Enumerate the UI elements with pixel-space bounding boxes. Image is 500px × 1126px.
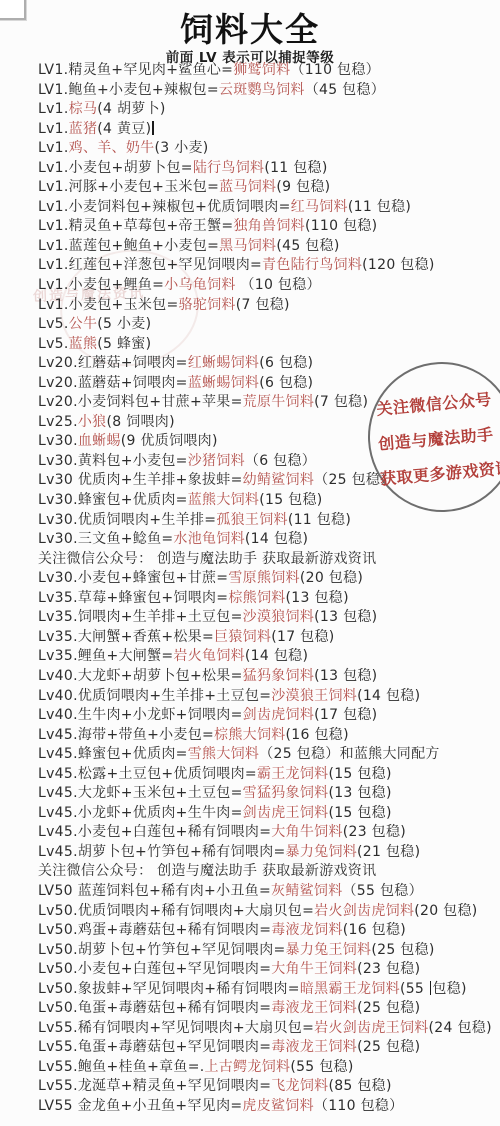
line-text: (16 包稳) [286, 727, 349, 743]
feed-name-highlight: 狮鹫饲料 [233, 62, 290, 78]
recipe-line: Lv50.象拔蚌+罕见饲喂肉+稀有饲喂肉=暗黑霸王龙饲料(55 包稳) [38, 980, 500, 1000]
line-text: （55 包稳） [343, 883, 423, 899]
line-text: (23 包稳) [343, 824, 406, 840]
line-text: （25 包稳）和蓝熊大同配方 [259, 746, 439, 762]
line-text: Lv25. [38, 414, 78, 430]
feed-name-highlight: 蓝马饲料 [219, 179, 276, 195]
feed-name-highlight: 大角牛王饲料 [271, 961, 357, 977]
feed-name-highlight: 小乌龟饲料 [164, 277, 236, 293]
feed-name-highlight: 沙漠狼饲料 [243, 609, 315, 625]
line-text: Lv30.三文鱼+鲶鱼= [38, 531, 173, 547]
line-text: （10 包稳） [236, 277, 321, 293]
line-text: (110 包稳) [305, 218, 378, 234]
recipe-line: Lv1.河豚+小麦包+玉米包=蓝马饲料(9 包稳) [38, 178, 500, 198]
recipe-list: LV1.精灵鱼+罕见肉+鲨鱼心=狮鹫饲料（110 包稳）LV1.鲍鱼+小麦包+辣… [38, 61, 500, 1117]
line-text: Lv40.大龙虾+胡萝卜包+松果= [38, 668, 243, 684]
recipe-line: Lv40.优质饲喂肉+生羊排+土豆包=沙漠狼王饲料(14 包稳) [38, 687, 500, 707]
line-text: (6 包稳) [259, 355, 313, 371]
line-text: 包稳) [432, 981, 466, 997]
line-text: Lv55.鲍鱼+桂鱼+章鱼=. [38, 1059, 205, 1075]
line-text: （45 包稳） [305, 82, 385, 98]
recipe-line: Lv45.小麦包+白莲包+稀有饲喂肉=大角牛饲料(23 包稳) [38, 823, 500, 843]
feed-name-highlight: 小狼 [78, 414, 107, 430]
line-text: Lv30.优质饲喂肉+生羊排= [38, 512, 216, 528]
feed-name-highlight: 毒液龙王饲料 [271, 1000, 357, 1016]
feed-name-highlight: 蓝熊大饲料 [188, 492, 260, 508]
line-text: Lv30.小麦包+蜂蜜包+甘蔗= [38, 570, 228, 586]
line-text: (5 蜂蜜) [97, 336, 151, 352]
line-text: Lv1.小麦包+胡萝卜包= [38, 160, 193, 176]
line-text: Lv55.稀有饲喂肉+罕见饲喂肉+大扇贝包= [38, 1020, 314, 1036]
recipe-line: Lv1.小麦包+玉米包=骆驼饲料(7 包稳) [38, 296, 500, 316]
recipe-line: Lv50.优质饲喂肉+稀有饲喂肉+大扇贝包=岩火剑齿虎饲料(20 包稳) [38, 902, 500, 922]
recipe-line: Lv50.鸡蛋+毒蘑菇包+稀有饲喂肉=毒液龙饲料(16 包稳) [38, 921, 500, 941]
recipe-line: Lv5.公牛(5 小麦) [38, 315, 500, 335]
recipe-line: Lv55.鲍鱼+桂鱼+章鱼=.上古鳄龙饲料(55 包稳) [38, 1058, 500, 1078]
line-text: LV1.鲍鱼+小麦包+辣椒包= [38, 82, 219, 98]
line-text: Lv50.龟蛋+毒蘑菇包+稀有饲喂肉= [38, 1000, 271, 1016]
line-text: (7 包稳) [236, 297, 290, 313]
feed-name-highlight: 沙漠狼王饲料 [271, 688, 357, 704]
feed-name-highlight: 血蜥蜴 [78, 433, 121, 449]
recipe-line: LV50 蓝莲饲料包+稀有肉+小丑鱼=灰鲭鲨饲料（55 包稳） [38, 882, 500, 902]
line-text: (21 包稳) [357, 844, 420, 860]
recipe-line: Lv1.蓝莲包+鲍鱼+小麦包=黑马饲料(45 包稳) [38, 237, 500, 257]
feed-name-highlight: 棕熊饲料 [228, 590, 285, 606]
recipe-line: Lv1.精灵鱼+草莓包+帝王蟹=独角兽饲料(110 包稳) [38, 217, 500, 237]
line-text: (8 饲喂肉) [106, 414, 174, 430]
line-text: Lv50.优质饲喂肉+稀有饲喂肉+大扇贝包= [38, 903, 314, 919]
line-text: Lv1.小麦包+玉米包= [38, 297, 179, 313]
recipe-line: Lv1.小麦包+胡萝卜包=陆行鸟饲料(11 包稳) [38, 159, 500, 179]
line-text: (25 包稳) [357, 1039, 420, 1055]
line-text: Lv35.鲤鱼+大闸蟹= [38, 648, 173, 664]
line-text: (9 优质饲喂肉) [121, 433, 218, 449]
line-text: (4 胡萝卜) [97, 101, 165, 117]
feed-name-highlight: 幼鲭鲨饲料 [243, 472, 315, 488]
recipe-line: Lv1.小麦饲料包+辣椒包+优质饲喂肉=红马饲料(11 包稳) [38, 198, 500, 218]
line-text: Lv45.松露+土豆包+优质饲喂肉= [38, 766, 257, 782]
feed-name-highlight: 蓝蜥蜴饲料 [188, 375, 260, 391]
recipe-line: Lv45.松露+土豆包+优质饲喂肉=霸王龙饲料(15 包稳) [38, 765, 500, 785]
line-text: Lv45.胡萝卜包+竹笋包+稀有饲喂肉= [38, 844, 286, 860]
recipe-line: Lv50.胡萝卜包+竹笋包+罕见饲喂肉=暴力兔王饲料(25 包稳) [38, 941, 500, 961]
feed-name-highlight: 陆行鸟饲料 [193, 160, 265, 176]
feed-name-highlight: 毒液龙王饲料 [271, 1039, 357, 1055]
line-text: (25 包稳) [357, 1000, 420, 1016]
feed-name-highlight: 岩火龟饲料 [173, 648, 245, 664]
line-text: Lv1. [38, 101, 69, 117]
line-text: 关注微信公众号： 创造与魔法助手 获取最新游戏资讯 [38, 551, 376, 567]
line-text: Lv20.蓝蘑菇+饲喂肉= [38, 375, 188, 391]
feed-name-highlight: 云斑鹦鸟饲料 [219, 82, 305, 98]
feed-name-highlight: 毒液龙饲料 [271, 922, 343, 938]
recipe-line: Lv50.小麦包+白莲包+罕见饲喂肉=大角牛王饲料(23 包稳) [38, 960, 500, 980]
feed-name-highlight: 岩火剑齿虎王饲料 [314, 1020, 428, 1036]
recipe-line: Lv35.鲤鱼+大闸蟹=岩火龟饲料(14 包稳) [38, 647, 500, 667]
line-text: Lv35.大闸蟹+香蕉+松果= [38, 629, 214, 645]
line-text: (13 包稳) [314, 668, 377, 684]
feed-name-highlight: 青色陆行鸟饲料 [262, 257, 362, 273]
recipe-line: Lv55.龟蛋+毒蘑菇包+罕见饲喂肉=毒液龙王饲料(25 包稳) [38, 1038, 500, 1058]
feed-name-highlight: 蓝猪 [69, 121, 98, 137]
line-text: LV50 蓝莲饲料包+稀有肉+小丑鱼= [38, 883, 271, 899]
line-text: Lv1.小麦包+鲤鱼= [38, 277, 164, 293]
feed-name-highlight: 猛犸象饲料 [243, 668, 315, 684]
feed-name-highlight: 沙猪饲料 [188, 453, 245, 469]
line-text: Lv55.龙涎草+精灵鱼+罕见饲喂肉= [38, 1078, 271, 1094]
feed-name-highlight: 水池龟饲料 [173, 531, 245, 547]
line-text: (24 包稳) [429, 1020, 492, 1036]
line-text: (13 包稳) [328, 785, 391, 801]
feed-name-highlight: 鸡、羊、奶牛 [69, 140, 155, 156]
line-text: (55 [400, 981, 429, 997]
line-text: Lv1.蓝莲包+鲍鱼+小麦包= [38, 238, 219, 254]
feed-name-highlight: 棕马 [69, 101, 98, 117]
line-text: (23 包稳) [357, 961, 420, 977]
recipe-line: Lv45.蜂蜜包+优质肉=雪熊大饲料（25 包稳）和蓝熊大同配方 [38, 745, 500, 765]
line-text: Lv5. [38, 336, 69, 352]
line-text: Lv50.胡萝卜包+竹笋包+罕见饲喂肉= [38, 942, 286, 958]
line-text: (25 包稳) [371, 942, 434, 958]
line-text: (5 小麦) [97, 316, 151, 332]
line-text: Lv35.草莓+蜂蜜包+饲喂肉= [38, 590, 228, 606]
feed-name-highlight: 剑齿虎饲料 [243, 707, 315, 723]
feed-name-highlight: 飞龙饲料 [271, 1078, 328, 1094]
line-text: (120 包稳) [362, 257, 435, 273]
line-text: (11 包稳) [264, 160, 327, 176]
recipe-line: Lv35.饲喂肉+生羊排+土豆包=沙漠狼饲料(13 包稳) [38, 608, 500, 628]
line-text: Lv35.饲喂肉+生羊排+土豆包= [38, 609, 243, 625]
line-text: (15 包稳) [328, 766, 391, 782]
line-text: (45 包稳) [276, 238, 339, 254]
line-text: Lv45.蜂蜜包+优质肉= [38, 746, 188, 762]
line-text: Lv1.小麦饲料包+辣椒包+优质饲喂肉= [38, 199, 291, 215]
line-text: (11 包稳) [348, 199, 411, 215]
line-text: Lv5. [38, 316, 69, 332]
line-text: (17 包稳) [314, 707, 377, 723]
recipe-line: Lv30.小麦包+蜂蜜包+甘蔗=雪原熊饲料(20 包稳) [38, 569, 500, 589]
line-text: (15 包稳) [328, 805, 391, 821]
recipe-line: LV1.鲍鱼+小麦包+辣椒包=云斑鹦鸟饲料（45 包稳） [38, 81, 500, 101]
feed-name-highlight: 剑齿虎王饲料 [243, 805, 329, 821]
line-text: Lv40.优质饲喂肉+生羊排+土豆包= [38, 688, 271, 704]
recipe-line: Lv1.红莲包+洋葱包+罕见饲喂肉=青色陆行鸟饲料(120 包稳) [38, 256, 500, 276]
feed-name-highlight: 上古鳄龙饲料 [205, 1059, 291, 1075]
line-text: Lv20.小麦饲料包+甘蔗+苹果= [38, 394, 243, 410]
feed-name-highlight: 灰鲭鲨饲料 [271, 883, 343, 899]
recipe-line: Lv40.大龙虾+胡萝卜包+松果=猛犸象饲料(13 包稳) [38, 667, 500, 687]
line-text: Lv50.象拔蚌+罕见饲喂肉+稀有饲喂肉= [38, 981, 300, 997]
feed-name-highlight: 雪原熊饲料 [228, 570, 300, 586]
line-text: (13 包稳) [314, 609, 377, 625]
line-text: Lv50.小麦包+白莲包+罕见饲喂肉= [38, 961, 271, 977]
stamp-line-1: 关注微信公众号 [375, 384, 500, 419]
line-text: (14 包稳) [245, 531, 308, 547]
recipe-line: Lv1.鸡、羊、奶牛(3 小麦) [38, 139, 500, 159]
feed-name-highlight: 黑马饲料 [219, 238, 276, 254]
feed-name-highlight: 蓝熊 [69, 336, 98, 352]
line-text: Lv1. [38, 140, 69, 156]
line-text: 关注微信公众号： 创造与魔法助手 获取最新游戏资讯 [38, 863, 376, 879]
recipe-line: Lv35.大闸蟹+香蕉+松果=巨猿饲料(17 包稳) [38, 628, 500, 648]
line-text: Lv30. [38, 433, 78, 449]
line-text: Lv45.小龙虾+优质肉+生牛肉= [38, 805, 243, 821]
feed-name-highlight: 暗黑霸王龙饲料 [300, 981, 400, 997]
line-text: (9 包稳) [276, 179, 330, 195]
line-text: (13 包稳) [286, 590, 349, 606]
feed-name-highlight: 暴力兔王饲料 [286, 942, 372, 958]
recipe-line: Lv50.龟蛋+毒蘑菇包+稀有饲喂肉=毒液龙王饲料(25 包稳) [38, 999, 500, 1019]
stamp-line-3: 获取更多游戏资讯 [379, 454, 500, 489]
recipe-line: Lv45.海带+带鱼+小麦包=棕熊大饲料(16 包稳) [38, 726, 500, 746]
feed-name-highlight: 大角牛饲料 [271, 824, 343, 840]
recipe-line: Lv40.生牛肉+小龙虾+饲喂肉=剑齿虎饲料(17 包稳) [38, 706, 500, 726]
recipe-line: Lv45.胡萝卜包+竹笋包+稀有饲喂肉=暴力兔饲料(21 包稳) [38, 843, 500, 863]
feed-name-highlight: 棕熊大饲料 [214, 727, 286, 743]
page-title: 饲料大全 [0, 4, 500, 51]
line-text: Lv45.小麦包+白莲包+稀有饲喂肉= [38, 824, 271, 840]
recipe-line: Lv35.草莓+蜂蜜包+饲喂肉=棕熊饲料(13 包稳) [38, 589, 500, 609]
line-text: (3 小麦) [154, 140, 208, 156]
recipe-line: Lv1.棕马(4 胡萝卜) [38, 100, 500, 120]
line-text: (20 包稳) [414, 903, 477, 919]
recipe-line: Lv55.龙涎草+精灵鱼+罕见饲喂肉=飞龙饲料(85 包稳) [38, 1077, 500, 1097]
line-text: Lv50.鸡蛋+毒蘑菇包+稀有饲喂肉= [38, 922, 271, 938]
line-text: (6 包稳) [259, 375, 313, 391]
feed-name-highlight: 独角兽饲料 [233, 218, 305, 234]
line-text: Lv40.生牛肉+小龙虾+饲喂肉= [38, 707, 243, 723]
line-text: Lv1. [38, 121, 69, 137]
line-text: (14 包稳) [245, 648, 308, 664]
line-text: LV55 金龙鱼+小丑鱼+罕见肉= [38, 1098, 242, 1114]
stamp-line-2: 创造与魔法助手 [377, 419, 500, 454]
line-text: Lv45.大龙虾+玉米包+土豆包= [38, 785, 243, 801]
line-text: (11 包稳) [288, 512, 351, 528]
feed-name-highlight: 雪熊大饲料 [188, 746, 260, 762]
line-text: (15 包稳) [259, 492, 322, 508]
line-text: (20 包稳) [300, 570, 363, 586]
feed-name-highlight: 红马饲料 [291, 199, 348, 215]
recipe-line: Lv1.小麦包+鲤鱼=小乌龟饲料 （10 包稳） [38, 276, 500, 296]
recipe-line: LV55 金龙鱼+小丑鱼+罕见肉=虎皮鲨饲料（110 包稳） [38, 1097, 500, 1117]
line-text: Lv30.蜂蜜包+优质肉= [38, 492, 188, 508]
recipe-line: Lv45.小龙虾+优质肉+生牛肉=剑齿虎王饲料(15 包稳) [38, 804, 500, 824]
line-text: Lv20.红蘑菇+饲喂肉= [38, 355, 188, 371]
line-text: Lv55.龟蛋+毒蘑菇包+罕见饲喂肉= [38, 1039, 271, 1055]
line-text: (7 包稳) [314, 394, 368, 410]
line-text: (17 包稳) [271, 629, 334, 645]
line-text: Lv30.黄料包+小麦包= [38, 453, 188, 469]
line-text: Lv1.河豚+小麦包+玉米包= [38, 179, 219, 195]
recipe-line: Lv30.优质饲喂肉+生羊排=孤狼王饲料(11 包稳) [38, 511, 500, 531]
recipe-line: Lv30.三文鱼+鲶鱼=水池龟饲料(14 包稳) [38, 530, 500, 550]
line-text: (14 包稳) [357, 688, 420, 704]
text-cursor [152, 121, 154, 135]
recipe-line: Lv45.大龙虾+玉米包+土豆包=雪猛犸象饲料(13 包稳) [38, 784, 500, 804]
recipe-line: Lv1.蓝猪(4 黄豆) [38, 120, 500, 140]
line-text: Lv1.红莲包+洋葱包+罕见饲喂肉= [38, 257, 262, 273]
feed-name-highlight: 暴力兔饲料 [286, 844, 358, 860]
recipe-line: Lv5.蓝熊(5 蜂蜜) [38, 335, 500, 355]
recipe-line: Lv55.稀有饲喂肉+罕见饲喂肉+大扇贝包=岩火剑齿虎王饲料(24 包稳) [38, 1019, 500, 1039]
feed-name-highlight: 骆驼饲料 [179, 297, 236, 313]
line-text: (85 包稳) [328, 1078, 391, 1094]
line-text: （110 包稳） [314, 1098, 404, 1114]
notice-line: 关注微信公众号： 创造与魔法助手 获取最新游戏资讯 [38, 862, 500, 882]
feed-name-highlight: 岩火剑齿虎饲料 [314, 903, 414, 919]
feed-name-highlight: 虎皮鲨饲料 [242, 1098, 314, 1114]
line-text: （6 包稳） [245, 453, 316, 469]
feed-name-highlight: 霸王龙饲料 [257, 766, 329, 782]
feed-name-highlight: 红蜥蜴饲料 [188, 355, 260, 371]
line-text: (4 黄豆) [97, 121, 151, 137]
line-text: (16 包稳) [343, 922, 406, 938]
recipe-line: LV1.精灵鱼+罕见肉+鲨鱼心=狮鹫饲料（110 包稳） [38, 61, 500, 81]
feed-name-highlight: 巨猿饲料 [214, 629, 271, 645]
line-text: Lv45.海带+带鱼+小麦包= [38, 727, 214, 743]
feed-name-highlight: 公牛 [69, 316, 98, 332]
feed-name-highlight: 荒原牛饲料 [243, 394, 315, 410]
notice-line: 关注微信公众号： 创造与魔法助手 获取最新游戏资讯 [38, 550, 500, 570]
line-text: （110 包稳） [290, 62, 380, 78]
line-text: (55 包稳) [290, 1059, 353, 1075]
feed-name-highlight: 孤狼王饲料 [216, 512, 288, 528]
line-text: LV1.精灵鱼+罕见肉+鲨鱼心= [38, 62, 233, 78]
line-text: Lv30 优质肉+生羊排+象拔蚌= [38, 472, 243, 488]
feed-name-highlight: 雪猛犸象饲料 [243, 785, 329, 801]
line-text: Lv1.精灵鱼+草莓包+帝王蟹= [38, 218, 233, 234]
